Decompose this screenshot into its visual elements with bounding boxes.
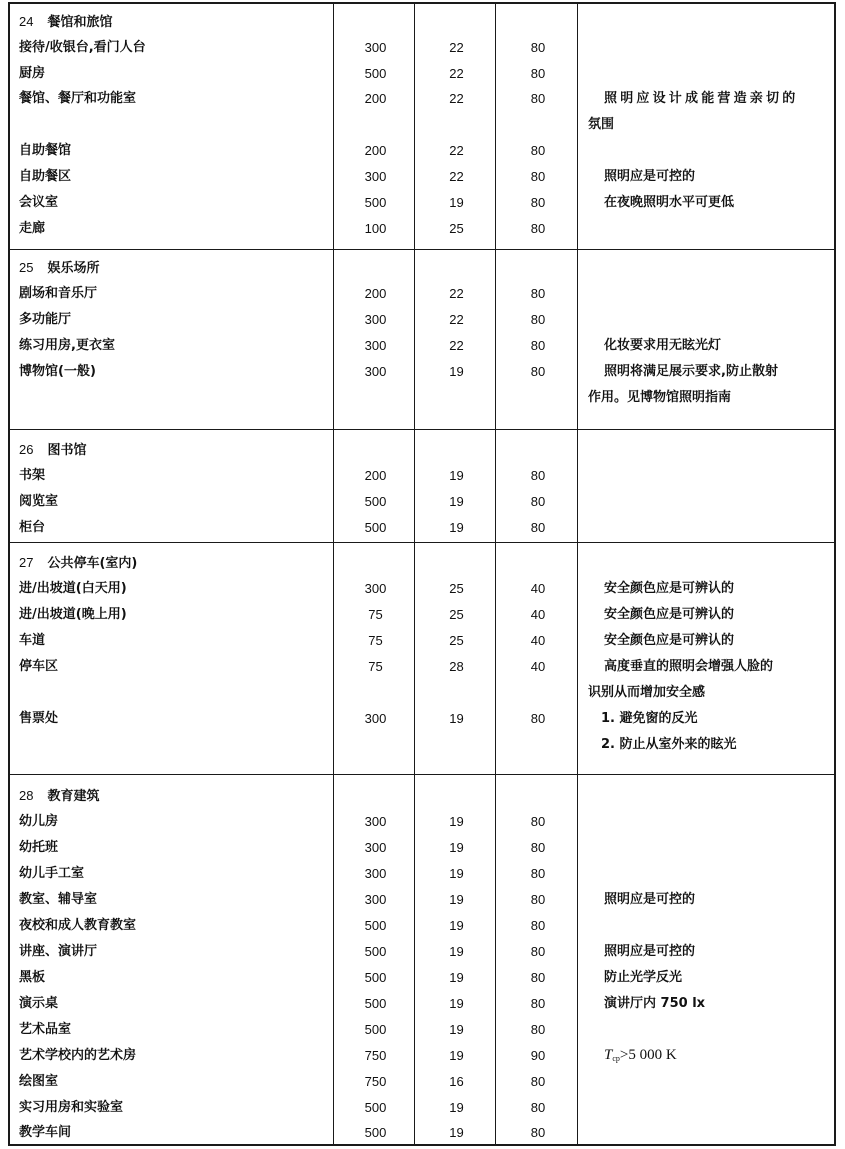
table-row: 幼托班 300 19 80	[10, 835, 834, 861]
ra-value: 80	[497, 164, 579, 190]
ugr-value: 19	[416, 463, 497, 489]
table-row: 实习用房和实验室 500 19 80	[10, 1095, 834, 1121]
illuminance-value: 500	[335, 515, 416, 541]
table-row: 幼儿手工室 300 19 80	[10, 861, 834, 887]
lighting-requirements-table: 24餐馆和旅馆 接待/收银台,看门人台 300 22 80 厨房 500 22 …	[8, 2, 836, 1146]
illuminance-value: 300	[335, 706, 416, 732]
ra-value: 80	[497, 887, 579, 913]
ugr-value: 25	[416, 628, 497, 654]
ugr-value: 25	[416, 602, 497, 628]
table-row: 黑板 500 19 80 防止光学反光	[10, 965, 834, 991]
ra-value: 40	[497, 654, 579, 680]
area-name: 博物馆(一般)	[19, 359, 329, 385]
table-row: 车道 75 25 40 安全颜色应是可辨认的	[10, 628, 834, 654]
ugr-value: 19	[416, 489, 497, 515]
area-name: 实习用房和实验室	[19, 1095, 329, 1121]
ugr-value: 19	[416, 515, 497, 541]
illuminance-value: 500	[335, 939, 416, 965]
section-title: 餐馆和旅馆	[47, 15, 112, 30]
illuminance-value: 750	[335, 1043, 416, 1069]
area-name: 阅览室	[19, 489, 329, 515]
ugr-value: 19	[416, 190, 497, 216]
illuminance-value: 75	[335, 628, 416, 654]
ra-value: 80	[497, 190, 579, 216]
illuminance-value: 500	[335, 61, 416, 87]
ugr-value: 19	[416, 887, 497, 913]
area-name: 书架	[19, 463, 329, 489]
ugr-value: 19	[416, 1017, 497, 1043]
area-name: 绘图室	[19, 1069, 329, 1095]
remark-text: 安全颜色应是可辨认的	[588, 576, 845, 602]
ra-value: 90	[497, 1043, 579, 1069]
remark-text: 防止光学反光	[588, 965, 845, 991]
ugr-value: 19	[416, 835, 497, 861]
ra-value: 80	[497, 463, 579, 489]
area-name: 自助餐馆	[19, 138, 329, 164]
remark-text: 安全颜色应是可辨认的	[588, 628, 845, 654]
ugr-value: 19	[416, 913, 497, 939]
tcp-value: >5 000 K	[620, 1047, 677, 1063]
ra-value: 80	[497, 359, 579, 385]
ra-value: 80	[497, 489, 579, 515]
section-24: 24餐馆和旅馆 接待/收银台,看门人台 300 22 80 厨房 500 22 …	[10, 4, 834, 250]
area-name: 艺术品室	[19, 1017, 329, 1043]
ra-value: 80	[497, 1120, 579, 1146]
ugr-value: 22	[416, 61, 497, 87]
remark-text: 高度垂直的照明会增强人脸的	[588, 654, 845, 680]
section-number: 28	[19, 788, 33, 803]
remark-text: 2. 防止从室外来的眩光	[588, 732, 843, 758]
remark-text: 作用。见博物馆照明指南	[588, 385, 830, 411]
section-heading: 25娱乐场所	[10, 255, 834, 281]
remark-text: 氛围	[588, 112, 830, 138]
remark-text: 安全颜色应是可辨认的	[588, 602, 845, 628]
illuminance-value: 200	[335, 281, 416, 307]
section-title: 娱乐场所	[47, 261, 99, 276]
table-row-continuation: 2. 防止从室外来的眩光	[10, 732, 834, 758]
table-row: 绘图室 750 16 80	[10, 1069, 834, 1095]
area-name: 夜校和成人教育教室	[19, 913, 329, 939]
ugr-value: 19	[416, 939, 497, 965]
illuminance-value: 500	[335, 991, 416, 1017]
illuminance-value: 300	[335, 35, 416, 61]
ugr-value: 19	[416, 1120, 497, 1146]
remark-text: 照明将满足展示要求,防止散射	[588, 359, 845, 385]
ugr-value: 22	[416, 86, 497, 112]
ra-value: 80	[497, 333, 579, 359]
ugr-value: 22	[416, 35, 497, 61]
ra-value: 80	[497, 861, 579, 887]
section-heading: 28教育建筑	[10, 783, 834, 809]
table-row: 进/出坡道(晚上用) 75 25 40 安全颜色应是可辨认的	[10, 602, 834, 628]
section-number: 27	[19, 555, 33, 570]
table-row: 教室、辅导室 300 19 80 照明应是可控的	[10, 887, 834, 913]
area-name: 艺术学校内的艺术房	[19, 1043, 329, 1069]
table-row: 厨房 500 22 80	[10, 61, 834, 87]
ra-value: 80	[497, 1069, 579, 1095]
illuminance-value: 100	[335, 216, 416, 242]
section-heading: 27公共停车(室内)	[10, 550, 834, 576]
ra-value: 80	[497, 939, 579, 965]
table-row: 接待/收银台,看门人台 300 22 80	[10, 35, 834, 61]
ra-value: 80	[497, 1017, 579, 1043]
table-row: 练习用房,更衣室 300 22 80 化妆要求用无眩光灯	[10, 333, 834, 359]
illuminance-value: 500	[335, 965, 416, 991]
table-row: 自助餐馆 200 22 80	[10, 138, 834, 164]
table-row: 售票处 300 19 80 1. 避免窗的反光	[10, 706, 834, 732]
ra-value: 80	[497, 913, 579, 939]
section-25: 25娱乐场所 剧场和音乐厅 200 22 80 多功能厅 300 22 80 练…	[10, 250, 834, 430]
area-name: 会议室	[19, 190, 329, 216]
ugr-value: 22	[416, 281, 497, 307]
remark-text: 照明应是可控的	[588, 887, 845, 913]
ugr-value: 19	[416, 706, 497, 732]
illuminance-value: 300	[335, 861, 416, 887]
section-number: 25	[19, 260, 33, 275]
illuminance-value: 200	[335, 463, 416, 489]
illuminance-value: 300	[335, 164, 416, 190]
area-name: 幼儿手工室	[19, 861, 329, 887]
table-row: 餐馆、餐厅和功能室 200 22 80 照明应设计成能营造亲切的	[10, 86, 834, 112]
area-name: 餐馆、餐厅和功能室	[19, 86, 329, 112]
area-name: 演示桌	[19, 991, 329, 1017]
illuminance-value: 300	[335, 809, 416, 835]
table-row: 阅览室 500 19 80	[10, 489, 834, 515]
section-26: 26图书馆 书架 200 19 80 阅览室 500 19 80 柜台 500 …	[10, 430, 834, 543]
ra-value: 80	[497, 138, 579, 164]
remark-text: 照明应是可控的	[588, 164, 845, 190]
section-title: 公共停车(室内)	[47, 556, 137, 571]
area-name: 教室、辅导室	[19, 887, 329, 913]
table-row-continuation: 识别从而增加安全感	[10, 680, 834, 706]
illuminance-value: 500	[335, 1120, 416, 1146]
table-row: 会议室 500 19 80 在夜晚照明水平可更低	[10, 190, 834, 216]
remark-text: 化妆要求用无眩光灯	[588, 333, 845, 359]
ra-value: 80	[497, 35, 579, 61]
ra-value: 80	[497, 216, 579, 242]
area-name: 幼托班	[19, 835, 329, 861]
illuminance-value: 75	[335, 602, 416, 628]
illuminance-value: 300	[335, 333, 416, 359]
ugr-value: 22	[416, 138, 497, 164]
illuminance-value: 75	[335, 654, 416, 680]
illuminance-value: 500	[335, 190, 416, 216]
table-row: 自助餐区 300 22 80 照明应是可控的	[10, 164, 834, 190]
illuminance-value: 200	[335, 138, 416, 164]
illuminance-value: 200	[335, 86, 416, 112]
table-row: 讲座、演讲厅 500 19 80 照明应是可控的	[10, 939, 834, 965]
table-row: 剧场和音乐厅 200 22 80	[10, 281, 834, 307]
table-row: 进/出坡道(白天用) 300 25 40 安全颜色应是可辨认的	[10, 576, 834, 602]
area-name: 进/出坡道(晚上用)	[19, 602, 329, 628]
table-row: 艺术学校内的艺术房 750 19 90 Tcp>5 000 K	[10, 1043, 834, 1069]
color-temperature-remark: Tcp>5 000 K	[588, 1043, 845, 1072]
area-name: 教学车间	[19, 1120, 329, 1146]
ugr-value: 19	[416, 991, 497, 1017]
remark-text: 照明应是可控的	[588, 939, 845, 965]
ugr-value: 19	[416, 1043, 497, 1069]
ugr-value: 22	[416, 164, 497, 190]
illuminance-value: 300	[335, 359, 416, 385]
remark-text: 照明应设计成能营造亲切的	[588, 86, 845, 112]
tcp-subscript: cp	[612, 1054, 620, 1063]
ra-value: 80	[497, 61, 579, 87]
illuminance-value: 750	[335, 1069, 416, 1095]
ra-value: 80	[497, 706, 579, 732]
area-name: 柜台	[19, 515, 329, 541]
illuminance-value: 300	[335, 576, 416, 602]
document-page: 24餐馆和旅馆 接待/收银台,看门人台 300 22 80 厨房 500 22 …	[0, 0, 845, 1149]
table-row: 柜台 500 19 80	[10, 515, 834, 541]
area-name: 自助餐区	[19, 164, 329, 190]
table-row: 走廊 100 25 80	[10, 216, 834, 242]
ra-value: 40	[497, 628, 579, 654]
table-row: 停车区 75 28 40 高度垂直的照明会增强人脸的	[10, 654, 834, 680]
ra-value: 80	[497, 1095, 579, 1121]
area-name: 接待/收银台,看门人台	[19, 35, 329, 61]
area-name: 黑板	[19, 965, 329, 991]
area-name: 练习用房,更衣室	[19, 333, 329, 359]
ra-value: 80	[497, 991, 579, 1017]
table-row: 演示桌 500 19 80 演讲厅内 750 lx	[10, 991, 834, 1017]
table-row: 夜校和成人教育教室 500 19 80	[10, 913, 834, 939]
illuminance-value: 500	[335, 1095, 416, 1121]
illuminance-value: 500	[335, 1017, 416, 1043]
ra-value: 80	[497, 809, 579, 835]
ugr-value: 16	[416, 1069, 497, 1095]
ra-value: 80	[497, 281, 579, 307]
area-name: 车道	[19, 628, 329, 654]
table-row: 书架 200 19 80	[10, 463, 834, 489]
ugr-value: 22	[416, 333, 497, 359]
table-row: 幼儿房 300 19 80	[10, 809, 834, 835]
illuminance-value: 500	[335, 913, 416, 939]
ugr-value: 25	[416, 576, 497, 602]
area-name: 走廊	[19, 216, 329, 242]
area-name: 停车区	[19, 654, 329, 680]
illuminance-value: 300	[335, 835, 416, 861]
area-name: 剧场和音乐厅	[19, 281, 329, 307]
ugr-value: 22	[416, 307, 497, 333]
ugr-value: 25	[416, 216, 497, 242]
remark-text: 在夜晚照明水平可更低	[588, 190, 845, 216]
remark-text: 识别从而增加安全感	[588, 680, 830, 706]
ugr-value: 19	[416, 359, 497, 385]
area-name: 售票处	[19, 706, 329, 732]
section-27: 27公共停车(室内) 进/出坡道(白天用) 300 25 40 安全颜色应是可辨…	[10, 543, 834, 775]
table-row: 多功能厅 300 22 80	[10, 307, 834, 333]
ra-value: 80	[497, 307, 579, 333]
section-title: 图书馆	[47, 443, 86, 458]
area-name: 幼儿房	[19, 809, 329, 835]
ugr-value: 19	[416, 1095, 497, 1121]
illuminance-value: 500	[335, 489, 416, 515]
section-number: 24	[19, 14, 33, 29]
ra-value: 80	[497, 835, 579, 861]
ugr-value: 19	[416, 965, 497, 991]
table-row: 博物馆(一般) 300 19 80 照明将满足展示要求,防止散射	[10, 359, 834, 385]
table-row-continuation: 作用。见博物馆照明指南	[10, 385, 834, 411]
table-row: 艺术品室 500 19 80	[10, 1017, 834, 1043]
ra-value: 40	[497, 576, 579, 602]
section-heading: 26图书馆	[10, 437, 834, 463]
section-title: 教育建筑	[47, 789, 99, 804]
ra-value: 80	[497, 515, 579, 541]
section-28: 28教育建筑 幼儿房 300 19 80 幼托班 300 19 80 幼儿手工室…	[10, 775, 834, 1146]
table-row: 教学车间 500 19 80	[10, 1120, 834, 1146]
remark-text: 演讲厅内 750 lx	[588, 991, 845, 1017]
area-name: 讲座、演讲厅	[19, 939, 329, 965]
section-number: 26	[19, 442, 33, 457]
area-name: 厨房	[19, 61, 329, 87]
ugr-value: 19	[416, 809, 497, 835]
ugr-value: 28	[416, 654, 497, 680]
remark-text: 1. 避免窗的反光	[588, 706, 843, 732]
illuminance-value: 300	[335, 887, 416, 913]
area-name: 进/出坡道(白天用)	[19, 576, 329, 602]
illuminance-value: 300	[335, 307, 416, 333]
table-row-continuation: 氛围	[10, 112, 834, 138]
ra-value: 80	[497, 86, 579, 112]
section-heading: 24餐馆和旅馆	[10, 9, 834, 35]
ugr-value: 19	[416, 861, 497, 887]
ra-value: 80	[497, 965, 579, 991]
ra-value: 40	[497, 602, 579, 628]
area-name: 多功能厅	[19, 307, 329, 333]
